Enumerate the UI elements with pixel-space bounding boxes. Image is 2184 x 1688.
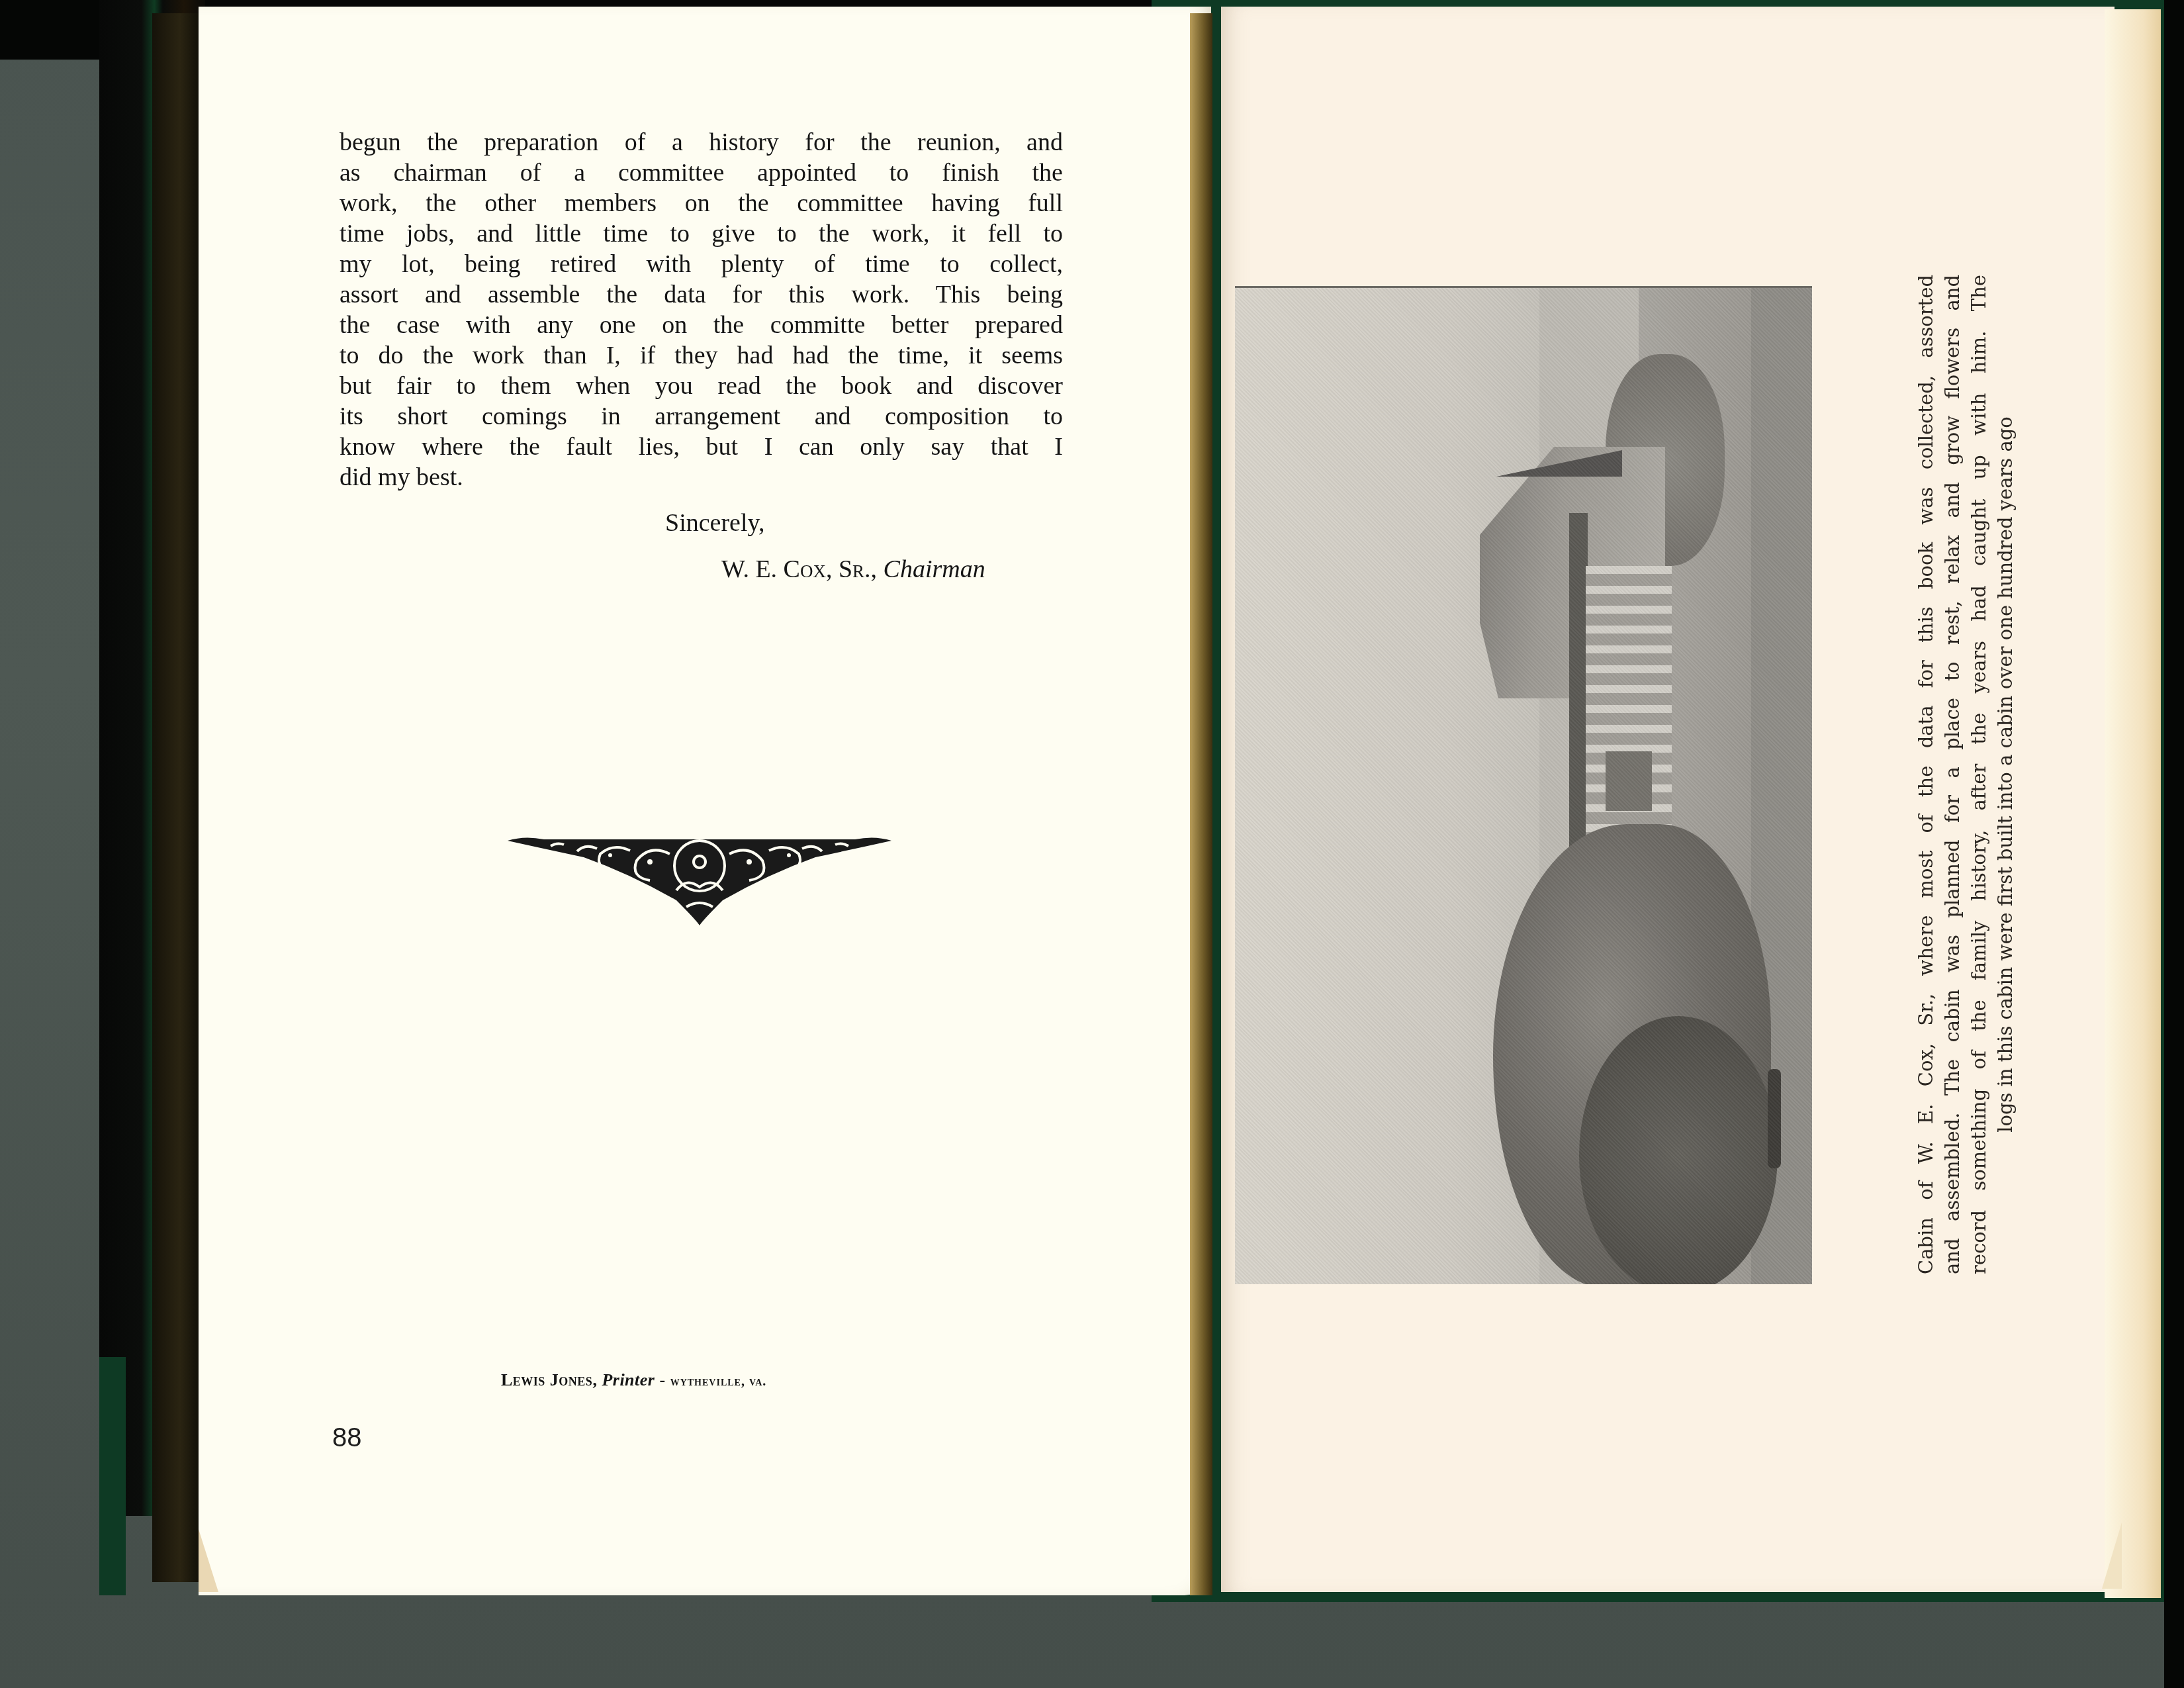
cabin-photograph [1235, 286, 1812, 1284]
photo-caption: Cabin of W. E. Cox, Sr., where most of t… [1913, 275, 2019, 1274]
page-corner-fold-right [2102, 1523, 2122, 1589]
signature-suffix: Sr. [839, 555, 871, 583]
letter-signature: W. E. Cox, Sr., Chairman [721, 555, 985, 584]
signature-title: Chairman [884, 555, 985, 583]
text-line: time jobs, and little time to give to th… [340, 218, 1063, 249]
printer-location: wytheville, va. [670, 1374, 767, 1389]
page-corner-fold [199, 1529, 218, 1592]
letter-closing: Sincerely, [665, 508, 765, 538]
text-line: the case with any one on the committe be… [340, 310, 1063, 340]
signature-surname: Cox [784, 555, 826, 583]
text-line: assort and assemble the data for this wo… [340, 279, 1063, 310]
photo-halftone-grain [1235, 288, 1812, 1284]
page-stack-edge [152, 13, 199, 1582]
printer-imprint: Lewis Jones, Printer - wytheville, va. [501, 1370, 766, 1390]
letter-body: begun the preparation of a history for t… [340, 127, 1063, 492]
text-line: its short comings in arrangement and com… [340, 401, 1063, 432]
imprint-dash: - [655, 1370, 670, 1389]
decorative-scroll-ornament-icon [504, 821, 895, 927]
caption-line: and assembled. The cabin was planned for… [1939, 275, 1966, 1274]
page-number: 88 [332, 1423, 362, 1453]
caption-line: logs in this cabin were first built into… [1992, 275, 2019, 1274]
text-line: work, the other members on the committee… [340, 188, 1063, 218]
text-line: to do the work than I, if they had had t… [340, 340, 1063, 371]
text-line: but fair to them when you read the book … [340, 371, 1063, 401]
signature-separator: , [826, 555, 839, 583]
printer-name: Lewis Jones [501, 1370, 592, 1389]
imprint-separator: , [592, 1370, 602, 1389]
text-line: as chairman of a committee appointed to … [340, 158, 1063, 188]
signature-separator: , [871, 555, 884, 583]
caption-line: Cabin of W. E. Cox, Sr., where most of t… [1913, 275, 1939, 1274]
scanner-right-edge [2164, 0, 2184, 1688]
text-line: know where the fault lies, but I can onl… [340, 432, 1063, 462]
printer-role: Printer [602, 1370, 655, 1389]
book-gutter [1190, 13, 1212, 1595]
signature-initials: W. E. [721, 555, 784, 583]
caption-line: record something of the family history, … [1966, 275, 1992, 1274]
page-stack-edge-right [2105, 9, 2161, 1598]
book-cloth-corner [99, 1357, 126, 1595]
text-line: my lot, being retired with plenty of tim… [340, 249, 1063, 279]
text-line: did my best. [340, 462, 1063, 492]
text-line: begun the preparation of a history for t… [340, 127, 1063, 158]
